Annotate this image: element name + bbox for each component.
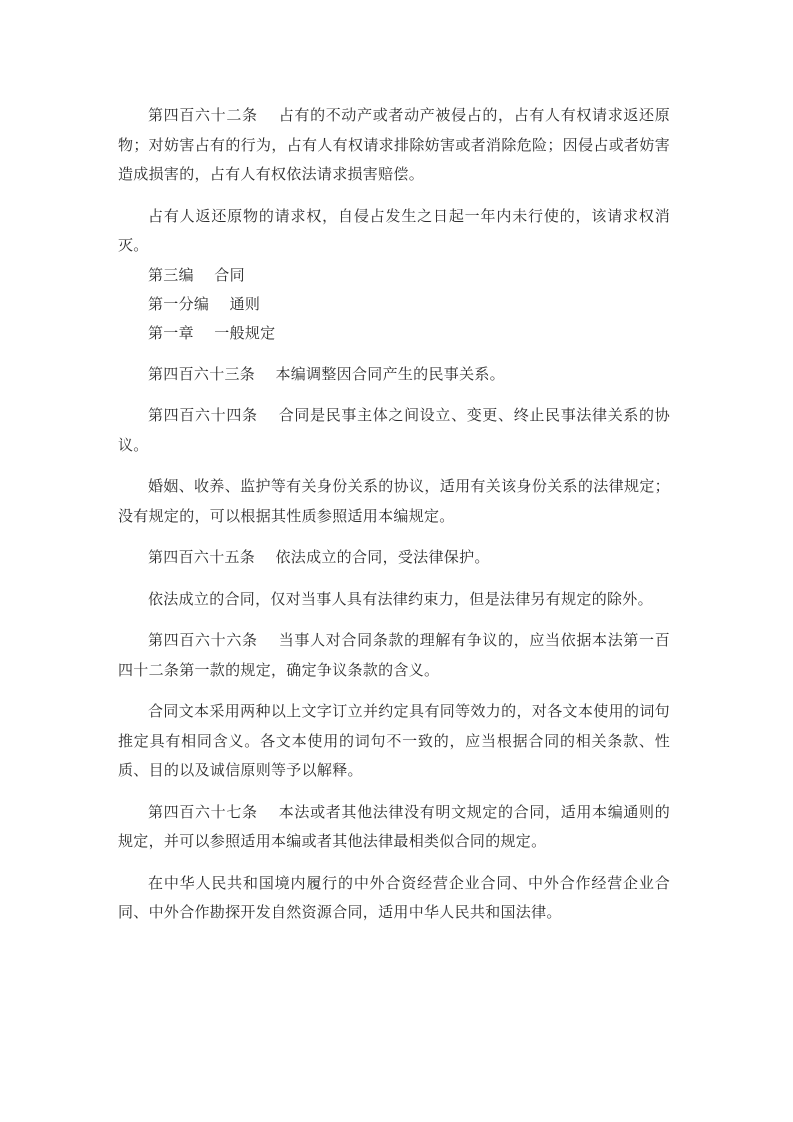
article-462: 第四百六十二条 占有的不动产或者动产被侵占的，占有人有权请求返还原物；对妨害占有… (118, 101, 670, 190)
paragraph-binding-force: 依法成立的合同，仅对当事人具有法律约束力，但是法律另有规定的除外。 (118, 585, 670, 615)
article-466: 第四百六十六条 当事人对合同条款的理解有争议的，应当依据本法第一百四十二条第一款… (118, 626, 670, 685)
article-number: 第四百六十三条 (148, 365, 255, 383)
article-465: 第四百六十五条 依法成立的合同，受法律保护。 (118, 543, 670, 573)
heading-title: 通则 (230, 295, 261, 313)
article-number: 第四百六十五条 (148, 548, 255, 566)
paragraph-foreign-contracts: 在中华人民共和国境内履行的中外合资经营企业合同、中外合作经营企业合同、中外合作勘… (118, 869, 670, 928)
paragraph-possession-claim-expiry: 占有人返还原物的请求权，自侵占发生之日起一年内未行使的，该请求权消灭。 (118, 202, 670, 261)
article-463: 第四百六十三条 本编调整因合同产生的民事关系。 (118, 360, 670, 390)
heading-label: 第一分编 (148, 295, 209, 313)
document-page: 第四百六十二条 占有的不动产或者动产被侵占的，占有人有权请求返还原物；对妨害占有… (118, 101, 670, 940)
heading-label: 第三编 (148, 266, 194, 284)
article-467: 第四百六十七条 本法或者其他法律没有明文规定的合同，适用本编通则的规定，并可以参… (118, 798, 670, 857)
article-number: 第四百六十四条 (148, 406, 258, 424)
article-464: 第四百六十四条 合同是民事主体之间设立、变更、终止民事法律关系的协议。 (118, 401, 670, 460)
heading-title: 一般规定 (214, 324, 275, 342)
heading-label: 第一章 (148, 324, 194, 342)
heading-chapter-one: 第一章 一般规定 (118, 319, 670, 348)
article-number: 第四百六十二条 (148, 106, 258, 124)
article-text: 本编调整因合同产生的民事关系。 (275, 365, 505, 383)
paragraph-identity-agreements: 婚姻、收养、监护等有关身份关系的协议，适用有关该身份关系的法律规定；没有规定的，… (118, 472, 670, 531)
paragraph-multilingual-text: 合同文本采用两种以上文字订立并约定具有同等效力的，对各文本使用的词句推定具有相同… (118, 697, 670, 786)
heading-subpart-one: 第一分编 通则 (118, 290, 670, 319)
heading-part-three: 第三编 合同 (118, 261, 670, 290)
heading-title: 合同 (214, 266, 245, 284)
article-number: 第四百六十七条 (148, 803, 258, 821)
article-number: 第四百六十六条 (148, 631, 258, 649)
article-text: 依法成立的合同，受法律保护。 (275, 548, 489, 566)
